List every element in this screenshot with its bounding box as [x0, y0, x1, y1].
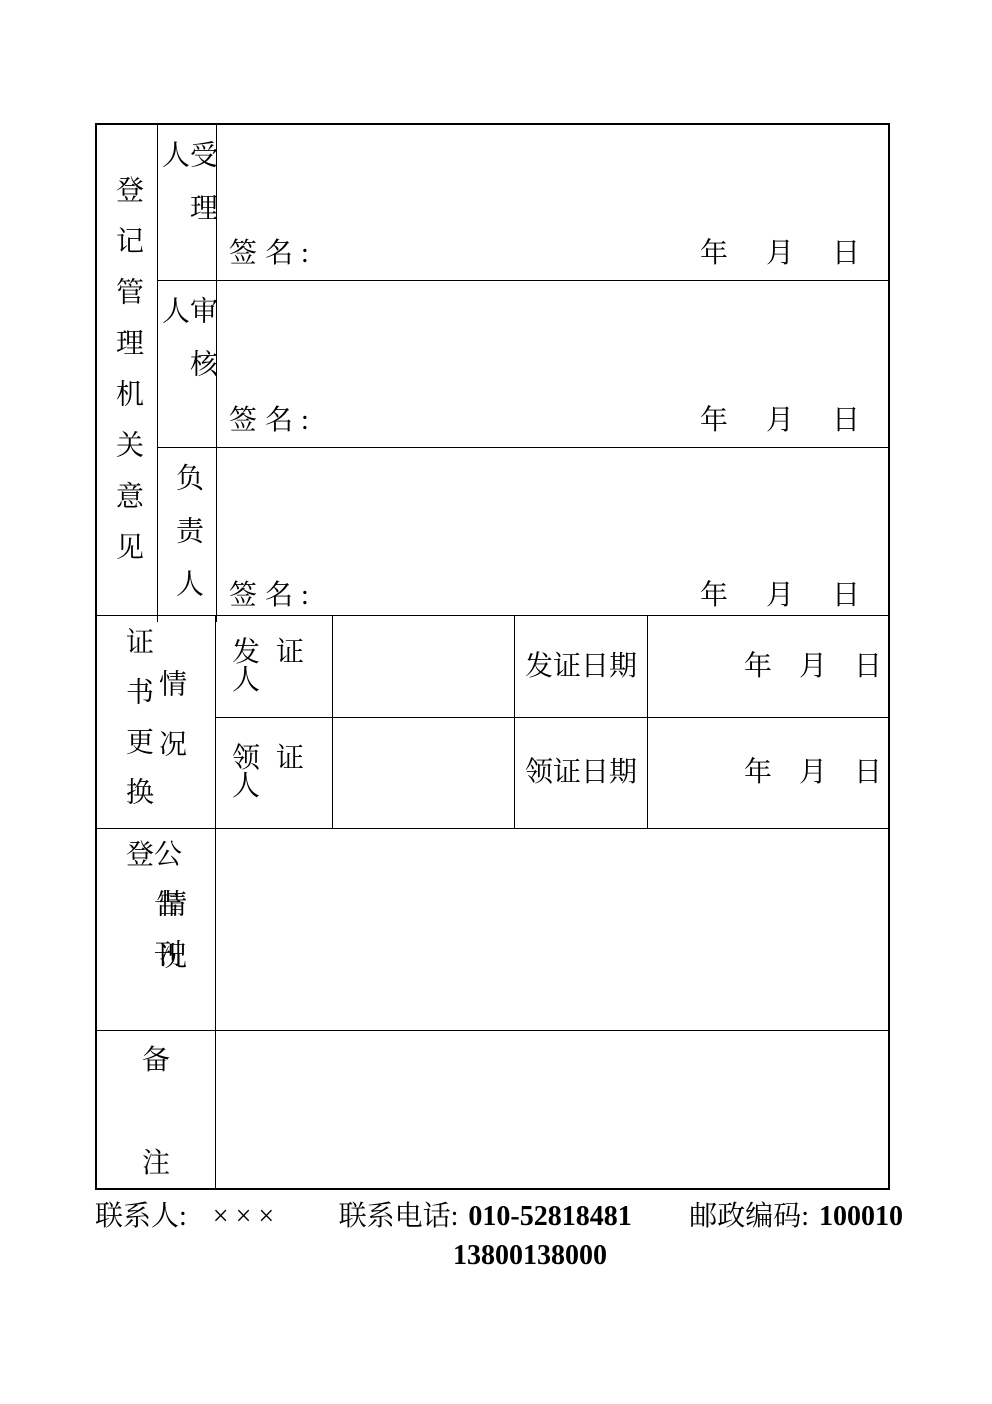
director-role-label: 负责人: [173, 448, 201, 622]
contact-phone-value: 010-52818481: [468, 1200, 631, 1234]
certificate-section-label-main: 证书更换: [123, 627, 151, 827]
receiver-label-cell: 领证人: [216, 718, 333, 828]
receiver-label: 领证人: [216, 745, 332, 801]
contact-footer: 联系人: ××× 联系电话: 010-52818481 邮政编码: 100010…: [95, 1200, 903, 1273]
opinion-section-label: 登记管理机关意见: [113, 125, 141, 622]
director-signature-cell: 签名: 年 月 日: [217, 448, 888, 622]
date-day-label: 日: [832, 240, 860, 268]
acceptor-date-blank: 年 月 日: [700, 240, 860, 268]
receiver-value-cell: [333, 718, 515, 828]
date-month-label: 月: [799, 653, 827, 681]
issuer-label: 发证人: [216, 639, 332, 695]
registration-form-table: 登记管理机关意见 受理人 签名: 年 月 日 审核人: [95, 123, 890, 1190]
announcement-section-label-sub: 情况: [156, 889, 184, 993]
date-month-label: 月: [766, 240, 794, 268]
issuer-label-cell: 发证人: [216, 616, 333, 718]
date-day-label: 日: [854, 759, 882, 787]
remarks-label-top: 备: [142, 1047, 170, 1075]
acceptor-role-cell: 受理人: [158, 125, 217, 281]
contact-person-value: ×××: [213, 1200, 281, 1234]
announcement-content-cell: [216, 829, 888, 1030]
director-signature-line: 签名: 年 月 日: [229, 582, 860, 610]
director-date-blank: 年 月 日: [700, 582, 860, 610]
contact-footer-line1: 联系人: ××× 联系电话: 010-52818481 邮政编码: 100010: [95, 1200, 903, 1234]
reviewer-signature-line: 签名: 年 月 日: [229, 407, 860, 435]
acceptor-role-label: 受理人: [159, 125, 215, 280]
date-month-label: 月: [799, 759, 827, 787]
date-year-label: 年: [700, 582, 728, 610]
date-year-label: 年: [744, 653, 772, 681]
opinion-section-label-cell: 登记管理机关意见: [97, 125, 158, 622]
issue-date-label-cell: 发证日期: [515, 616, 648, 718]
contact-phone-group: 联系电话: 010-52818481: [339, 1200, 632, 1234]
director-role-cell: 负责人: [158, 448, 217, 622]
certificate-section-label-sub: 情况: [156, 669, 184, 789]
date-day-label: 日: [832, 407, 860, 435]
issuer-value-cell: [333, 616, 515, 718]
announcement-section-label-cell: 公告刊登 情况: [97, 829, 216, 1030]
remarks-section-label-cell: 备 注: [97, 1031, 216, 1188]
date-year-label: 年: [744, 759, 772, 787]
contact-person-label: 联系人:: [95, 1200, 187, 1234]
receive-date-value-cell: 年 月 日: [648, 718, 888, 828]
date-year-label: 年: [700, 240, 728, 268]
date-year-label: 年: [700, 407, 728, 435]
postal-code-label: 邮政编码:: [689, 1200, 809, 1234]
reviewer-role-label: 审核人: [159, 281, 215, 447]
announcement-section: 公告刊登 情况: [97, 829, 888, 1031]
reviewer-signature-cell: 签名: 年 月 日: [217, 281, 888, 448]
issue-date-label: 发证日期: [525, 653, 637, 681]
receive-date-label: 领证日期: [525, 759, 637, 787]
remarks-label-bottom: 注: [142, 1150, 170, 1178]
signature-label: 签名:: [229, 407, 317, 435]
reviewer-role-cell: 审核人: [158, 281, 217, 448]
contact-phone-label: 联系电话:: [339, 1200, 459, 1234]
contact-footer-line2: 13800138000: [95, 1239, 903, 1273]
date-month-label: 月: [766, 407, 794, 435]
date-day-label: 日: [854, 653, 882, 681]
contact-person-group: 联系人: ×××: [95, 1200, 281, 1234]
remarks-content-cell: [216, 1031, 888, 1188]
postal-code-group: 邮政编码: 100010: [689, 1200, 903, 1234]
receive-date-label-cell: 领证日期: [515, 718, 648, 828]
acceptor-signature-cell: 签名: 年 月 日: [217, 125, 888, 281]
signature-label: 签名:: [229, 582, 317, 610]
signature-label: 签名:: [229, 240, 317, 268]
date-day-label: 日: [832, 582, 860, 610]
contact-mobile-value: 13800138000: [453, 1240, 607, 1271]
certificate-section: 证书更换 情况 发证人 发证日期 年 月 日 领证人: [97, 616, 888, 829]
reviewer-date-blank: 年 月 日: [700, 407, 860, 435]
acceptor-signature-line: 签名: 年 月 日: [229, 240, 860, 268]
registration-form-page: 登记管理机关意见 受理人 签名: 年 月 日 审核人: [0, 0, 992, 1404]
date-month-label: 月: [766, 582, 794, 610]
certificate-section-label-cell: 证书更换 情况: [97, 616, 216, 828]
issue-date-value-cell: 年 月 日: [648, 616, 888, 718]
remarks-section: 备 注: [97, 1031, 888, 1188]
opinion-section: 登记管理机关意见 受理人 签名: 年 月 日 审核人: [97, 125, 888, 616]
postal-code-value: 100010: [819, 1200, 903, 1234]
